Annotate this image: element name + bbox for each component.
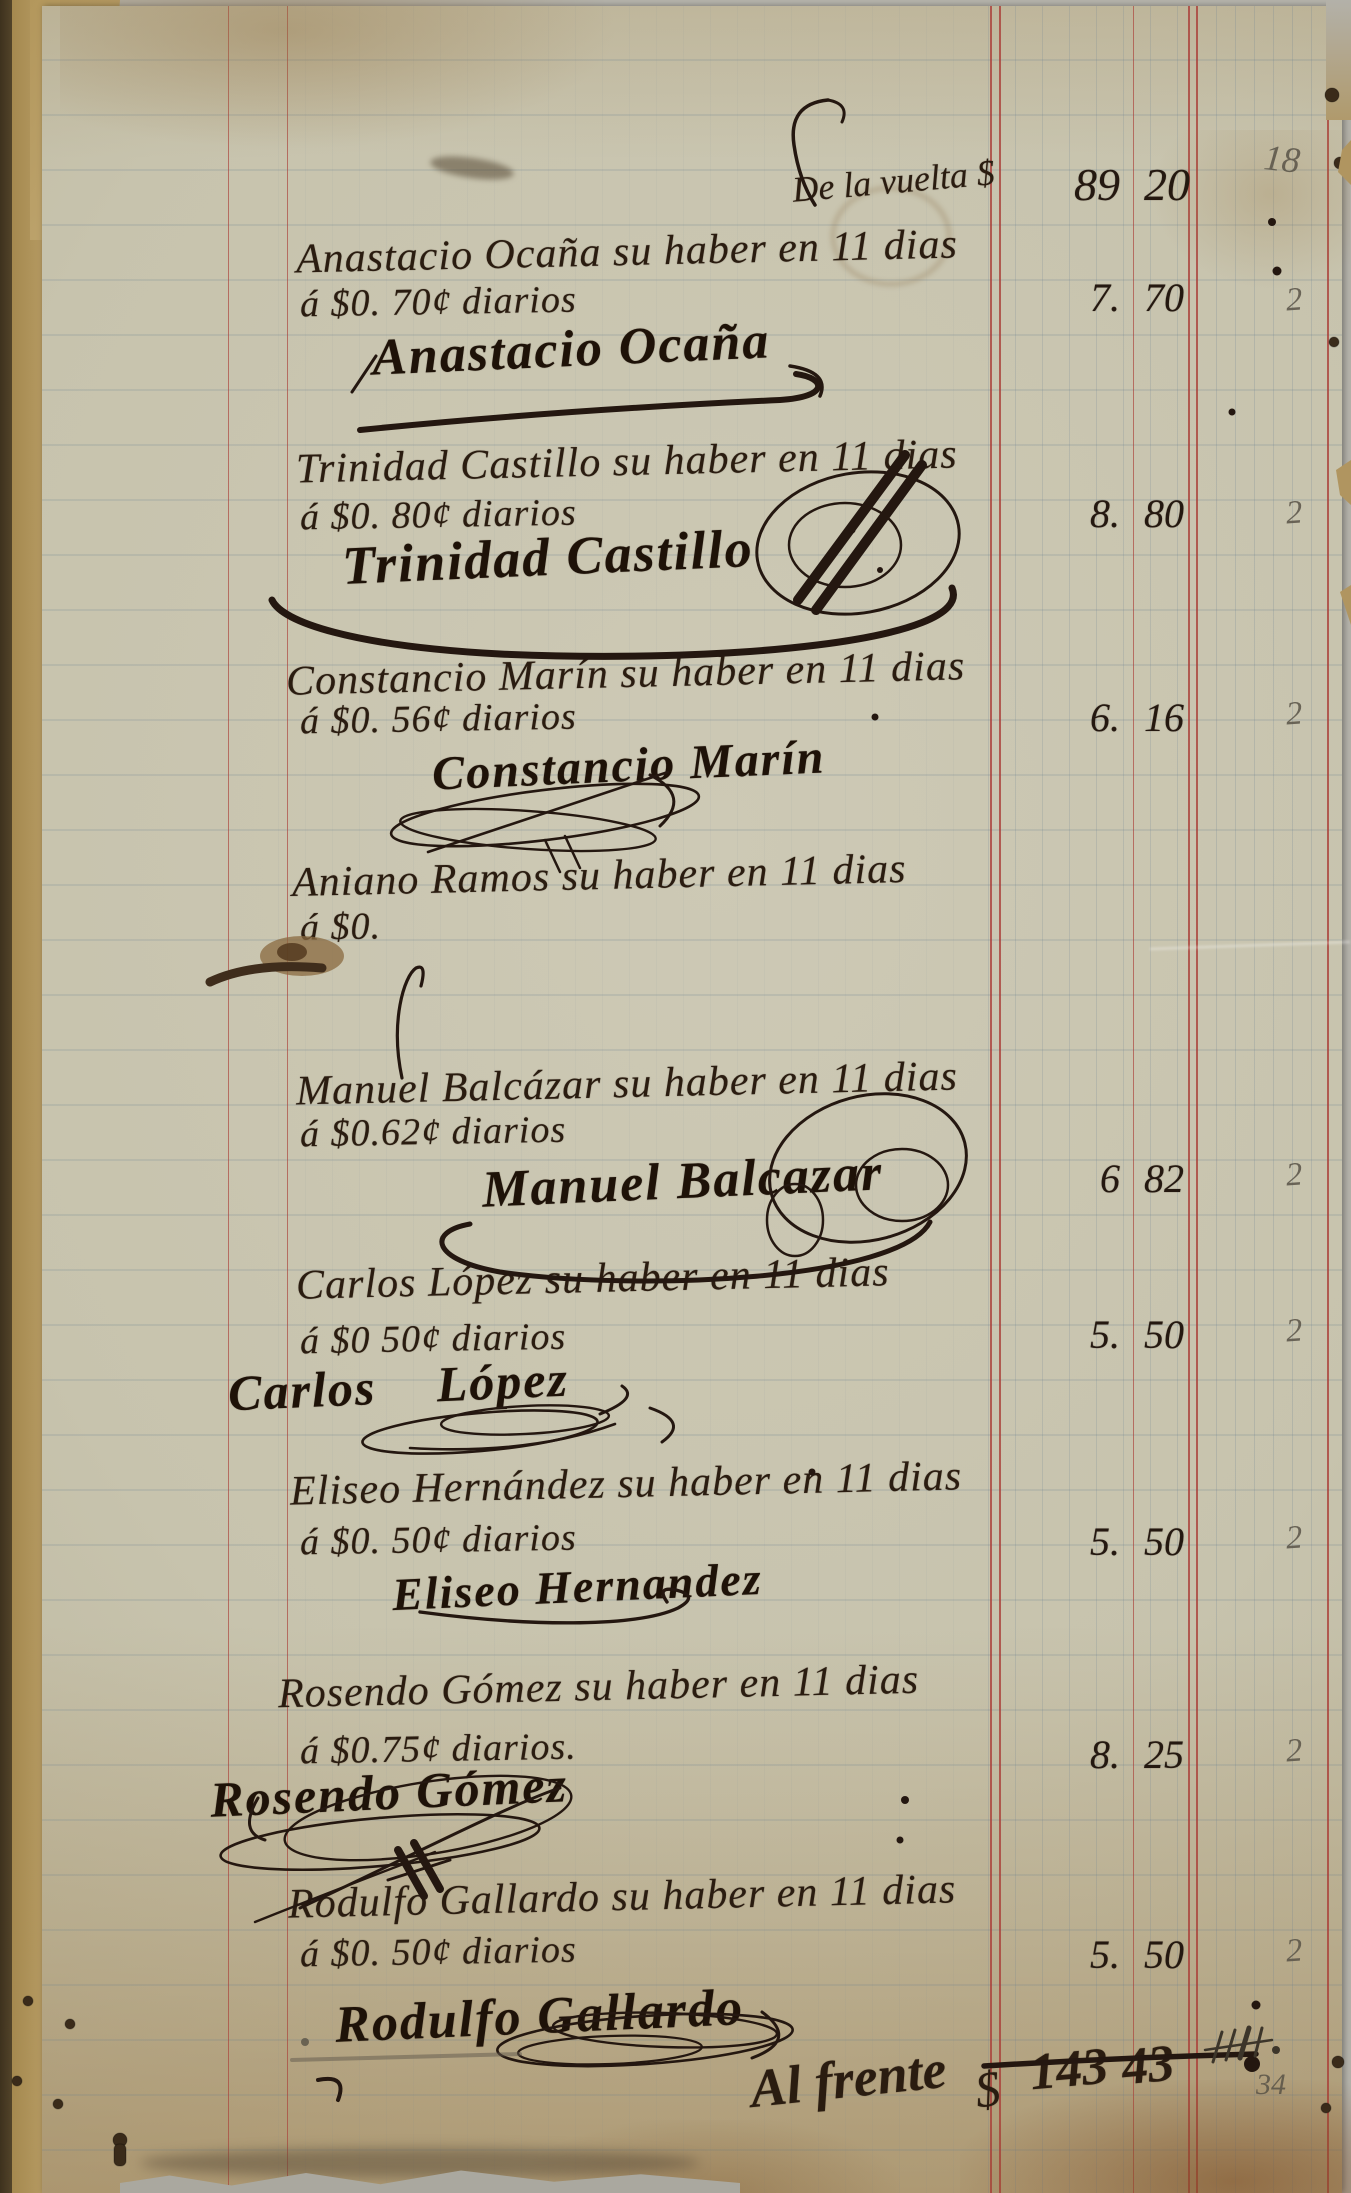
carried-forward-margin-note: 18 [1262, 136, 1302, 182]
ledger-entry: Anastacio Ocaña su haber en 11 dias á $0… [0, 228, 1351, 238]
entry-line2: á $0. 50¢ diarios [300, 1516, 577, 1565]
amount-cents: 50 [1144, 1518, 1184, 1565]
margin-tally: 2 [1285, 1312, 1304, 1350]
amount-pesos: 6 [1028, 1155, 1120, 1202]
amount-cents: 80 [1144, 490, 1184, 537]
ledger-entry: Carlos López su haber en 11 dias á $0 50… [0, 1255, 1351, 1265]
amount-cents: 50 [1144, 1311, 1184, 1358]
faint-grid-margin-column [1198, 6, 1326, 2193]
entry-amount: 7. 70 [1028, 274, 1184, 321]
margin-tally: 2 [1285, 1932, 1304, 1970]
stain [960, 2080, 1351, 2193]
amount-cents: 25 [1144, 1731, 1184, 1778]
amount-pesos: 5. [1028, 1311, 1120, 1358]
carried-forward-amount: 89 20 [1028, 158, 1190, 211]
margin-tally: 2 [1285, 1156, 1304, 1194]
ledger-entry: Constancio Marín su haber en 11 dias á $… [0, 650, 1351, 660]
amount-cents: 82 [1144, 1155, 1184, 1202]
entry-amount: 5. 50 [1028, 1518, 1184, 1565]
red-column-line-3b [1196, 6, 1198, 2193]
margin-tally: 2 [1285, 695, 1304, 733]
margin-tally: 2 [1285, 494, 1304, 532]
ledger-entry: Aniano Ramos su haber en 11 dias á $0. [0, 852, 1351, 862]
red-column-line-3a [1188, 6, 1190, 2193]
torn-corner [1326, 0, 1351, 120]
ledger-entry: Eliseo Hernández su haber en 11 dias á $… [0, 1460, 1351, 1470]
ledger-entry: Rosendo Gómez su haber en 11 dias á $0.7… [0, 1663, 1351, 1673]
margin-tally: 2 [1285, 1519, 1304, 1557]
amount-cents: 50 [1144, 1931, 1184, 1978]
entry-line2: á $0. 50¢ diarios [300, 1928, 577, 1977]
red-edge-line [1327, 6, 1329, 2193]
red-column-line-2 [1133, 6, 1134, 2193]
carried-forward-cents: 20 [1144, 158, 1190, 211]
ledger-entry: Manuel Balcázar su haber en 11 dias á $0… [0, 1060, 1351, 1070]
red-margin-line-2 [287, 6, 288, 2193]
entry-line2: á $0. [300, 904, 382, 949]
margin-tally: 2 [1285, 281, 1304, 319]
entry-amount: 6. 16 [1028, 694, 1184, 741]
entry-amount: 5. 50 [1028, 1311, 1184, 1358]
ledger-entry: Rodulfo Gallardo su haber en 11 dias á $… [0, 1873, 1351, 1883]
amount-cents: 16 [1144, 694, 1184, 741]
scanned-ledger-page: { "document": { "carried_forward": { "la… [0, 0, 1351, 2193]
red-column-line-1b [999, 6, 1001, 2193]
footer-cents: 43 [1120, 2034, 1177, 2097]
margin-tally: 2 [1285, 1732, 1304, 1770]
amount-pesos: 5. [1028, 1931, 1120, 1978]
amount-cents: 70 [1144, 274, 1184, 321]
faint-grid-money-column [962, 6, 1184, 2193]
red-column-line-1a [990, 6, 992, 2193]
ledger-entry: Trinidad Castillo su haber en 11 dias á … [0, 438, 1351, 448]
amount-pesos: 8. [1028, 1731, 1120, 1778]
torn-bottom-shadow [140, 2148, 700, 2178]
entry-line2: á $0.62¢ diarios [300, 1108, 567, 1157]
footer-pencil-note: 34 [1256, 2068, 1286, 2102]
amount-pesos: 7. [1028, 274, 1120, 321]
amount-pesos: 5. [1028, 1518, 1120, 1565]
carried-forward-pesos: 89 [1028, 158, 1120, 211]
red-margin-line-1 [228, 6, 229, 2193]
entry-amount: 8. 25 [1028, 1731, 1184, 1778]
stain [60, 0, 620, 150]
entry-amount: 6 82 [1028, 1155, 1184, 1202]
footer-pesos: 143 [1028, 2037, 1111, 2103]
entry-line2: á $0. 70¢ diarios [300, 278, 577, 327]
amount-pesos: 8. [1028, 490, 1120, 537]
entry-line2: á $0. 56¢ diarios [300, 695, 577, 744]
amount-pesos: 6. [1028, 694, 1120, 741]
entry-amount: 5. 50 [1028, 1931, 1184, 1978]
entry-amount: 8. 80 [1028, 490, 1184, 537]
